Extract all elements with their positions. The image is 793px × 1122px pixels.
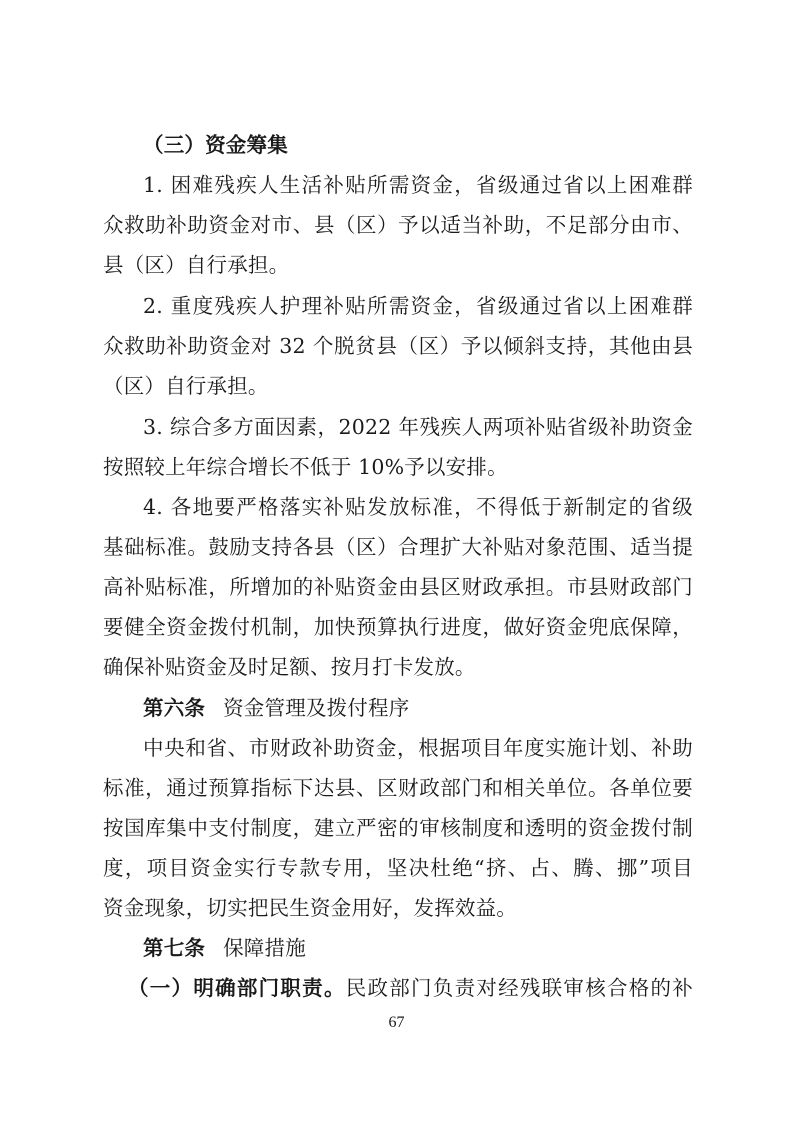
paragraph-line: 众救助补助资金对市、县（区）予以适当补助，不足部分由市、 bbox=[103, 211, 693, 239]
paragraph-line: 要健全资金拨付机制，加快预算执行进度，做好资金兜底保障， bbox=[103, 613, 693, 641]
article-6-label: 第六条 bbox=[143, 696, 205, 720]
paragraph-line: 高补贴标准，所增加的补贴资金由县区财政承担。市县财政部门 bbox=[103, 573, 693, 601]
paragraph-line: 确保补贴资金及时足额、按月打卡发放。 bbox=[103, 653, 693, 681]
article-6-heading: 第六条资金管理及拨付程序 bbox=[143, 694, 693, 722]
paragraph-line: 2. 重度残疾人护理补贴所需资金，省级通过省以上困难群 bbox=[143, 292, 693, 320]
paragraph-line: 4. 各地要严格落实补贴发放标准，不得低于新制定的省级 bbox=[143, 493, 693, 521]
subsection-text: 民政部门负责对经残联审核合格的补 bbox=[346, 976, 693, 1000]
paragraph-line: 1. 困难残疾人生活补贴所需资金，省级通过省以上困难群 bbox=[143, 171, 693, 199]
paragraph-line: 按照较上年综合增长不低于 10%予以安排。 bbox=[103, 453, 693, 481]
paragraph-line: （区）自行承担。 bbox=[103, 372, 693, 400]
article-7-label: 第七条 bbox=[143, 936, 205, 960]
paragraph-line: 度，项目资金实行专款专用，坚决杜绝“挤、占、腾、挪”项目 bbox=[103, 854, 693, 882]
paragraph-line: 按国库集中支付制度，建立严密的审核制度和透明的资金拨付制 bbox=[103, 814, 693, 842]
article-7-subsection: （一）明确部门职责。民政部门负责对经残联审核合格的补 bbox=[128, 974, 693, 1002]
paragraph-line: 3. 综合多方面因素，2022 年残疾人两项补贴省级补助资金 bbox=[143, 413, 693, 441]
section-heading: （三）资金筹集 bbox=[143, 131, 693, 159]
article-7-title: 保障措施 bbox=[223, 936, 306, 960]
paragraph-line: 县（区）自行承担。 bbox=[103, 251, 693, 279]
page-number: 67 bbox=[0, 1014, 793, 1032]
paragraph-line: 资金现象，切实把民生资金用好，发挥效益。 bbox=[103, 894, 693, 922]
paragraph-line: 中央和省、市财政补助资金，根据项目年度实施计划、补助 bbox=[143, 734, 693, 762]
paragraph-line: 标准，通过预算指标下达县、区财政部门和相关单位。各单位要 bbox=[103, 774, 693, 802]
document-page: （三）资金筹集 1. 困难残疾人生活补贴所需资金，省级通过省以上困难群 众救助补… bbox=[0, 0, 793, 1122]
paragraph-line: 众救助补助资金对 32 个脱贫县（区）予以倾斜支持，其他由县 bbox=[103, 332, 693, 360]
article-7-heading: 第七条保障措施 bbox=[143, 934, 693, 962]
subsection-heading: （一）明确部门职责。 bbox=[128, 976, 346, 1000]
article-6-title: 资金管理及拨付程序 bbox=[223, 696, 409, 720]
paragraph-line: 基础标准。鼓励支持各县（区）合理扩大补贴对象范围、适当提 bbox=[103, 533, 693, 561]
